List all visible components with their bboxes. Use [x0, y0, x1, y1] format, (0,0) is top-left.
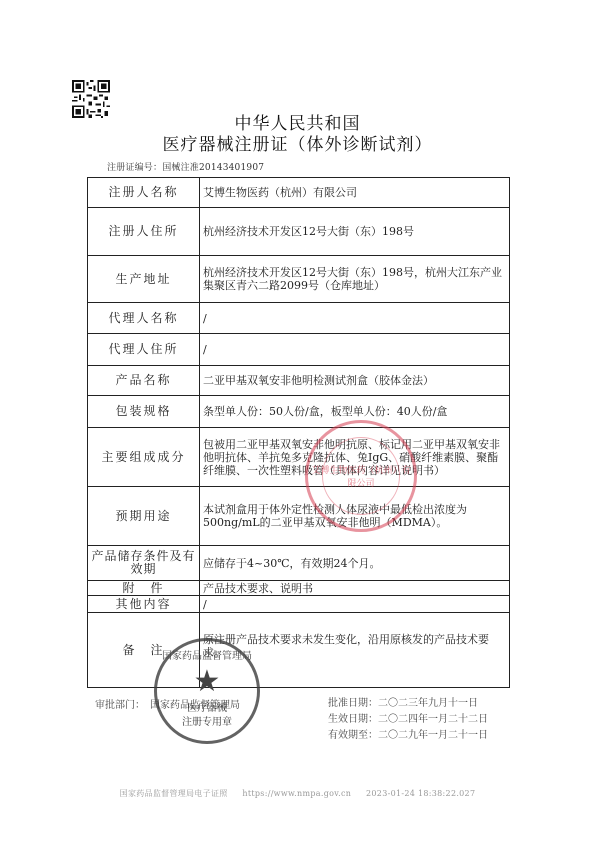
agency-seal-ring-text: 国家药品监督管理局 [157, 647, 257, 662]
certificate-table: 注册人名称艾博生物医药（杭州）有限公司 注册人住所杭州经济技术开发区12号大街（… [87, 177, 510, 688]
table-row: 代理人名称/ [88, 303, 510, 334]
field-value: / [200, 334, 510, 366]
field-value: 艾博生物医药（杭州）有限公司 [200, 178, 510, 208]
star-icon: ★ [157, 667, 257, 697]
field-label: 主要组成成分 [88, 428, 200, 487]
field-label: 预期用途 [88, 487, 200, 546]
field-value: 产品技术要求、说明书 [200, 581, 510, 596]
table-row: 其他内容/ [88, 596, 510, 613]
field-label: 注册人名称 [88, 178, 200, 208]
field-label: 其他内容 [88, 596, 200, 613]
table-row: 产品名称二亚甲基双氧安非他明检测试剂盒（胶体金法） [88, 366, 510, 396]
company-seal-text: 艾博生物医药（杭州）有限公司 [308, 463, 414, 489]
field-value: 二亚甲基双氧安非他明检测试剂盒（胶体金法） [200, 366, 510, 396]
table-row: 代理人住所/ [88, 334, 510, 366]
field-label: 包装规格 [88, 396, 200, 428]
company-seal: 艾博生物医药（杭州）有限公司 [305, 420, 417, 532]
footer-url[interactable]: https://www.nmpa.gov.cn [242, 789, 351, 798]
field-value: 杭州经济技术开发区12号大街（东）198号，杭州大江东产业集聚区青六二路2099… [200, 256, 510, 303]
agency-seal-line1: 医疗器械 [157, 699, 257, 714]
footer-timestamp: 2023-01-24 18:38:22.027 [366, 789, 475, 798]
expiry-date: 有效期至：二〇二九年一月二十一日 [328, 728, 488, 744]
field-label: 产品储存条件及有效期 [88, 546, 200, 581]
title-certificate: 医疗器械注册证（体外诊断试剂） [0, 130, 595, 155]
table-row: 包装规格条型单人份：50人份/盒，板型单人份：40人份/盒 [88, 396, 510, 428]
table-row: 备 注原注册产品技术要求未发生变化，沿用原核发的产品技术要求。 [88, 613, 510, 688]
field-label: 产品名称 [88, 366, 200, 396]
field-label: 附 件 [88, 581, 200, 596]
field-value: 应储存于4~30℃，有效期24个月。 [200, 546, 510, 581]
footer-source: 国家药品监督管理局电子证照 [120, 789, 228, 798]
agency-seal: 国家药品监督管理局 ★ 医疗器械 注册专用章 [154, 638, 260, 744]
field-label: 代理人住所 [88, 334, 200, 366]
field-value: / [200, 303, 510, 334]
table-row: 注册人名称艾博生物医药（杭州）有限公司 [88, 178, 510, 208]
table-row: 生产地址杭州经济技术开发区12号大街（东）198号，杭州大江东产业集聚区青六二路… [88, 256, 510, 303]
issuer-label: 审批部门： [95, 696, 145, 711]
field-label: 代理人名称 [88, 303, 200, 334]
field-value: / [200, 596, 510, 613]
approval-date: 批准日期：二〇二三年九月十一日 [328, 696, 488, 712]
table-row: 附 件产品技术要求、说明书 [88, 581, 510, 596]
registration-number: 注册证编号：国械注准20143401907 [107, 160, 264, 173]
effective-date: 生效日期：二〇二四年一月二十二日 [328, 712, 488, 728]
reg-no-label: 注册证编号： [107, 163, 162, 173]
table-row: 预期用途本试剂盒用于体外定性检测人体尿液中最低检出浓度为500ng/mL的二亚甲… [88, 487, 510, 546]
field-value: 杭州经济技术开发区12号大街（东）198号 [200, 208, 510, 256]
table-row: 产品储存条件及有效期应储存于4~30℃，有效期24个月。 [88, 546, 510, 581]
reg-no-value: 国械注准20143401907 [162, 163, 264, 173]
field-label: 生产地址 [88, 256, 200, 303]
footer: 国家药品监督管理局电子证照 https://www.nmpa.gov.cn 20… [0, 788, 595, 799]
table-row: 注册人住所杭州经济技术开发区12号大街（东）198号 [88, 208, 510, 256]
table-row: 主要组成成分包被用二亚甲基双氧安非他明抗原、标记用二亚甲基双氧安非他明抗体、羊抗… [88, 428, 510, 487]
agency-seal-line2: 注册专用章 [157, 713, 257, 728]
dates-block: 批准日期：二〇二三年九月十一日 生效日期：二〇二四年一月二十二日 有效期至：二〇… [328, 696, 488, 744]
field-label: 注册人住所 [88, 208, 200, 256]
